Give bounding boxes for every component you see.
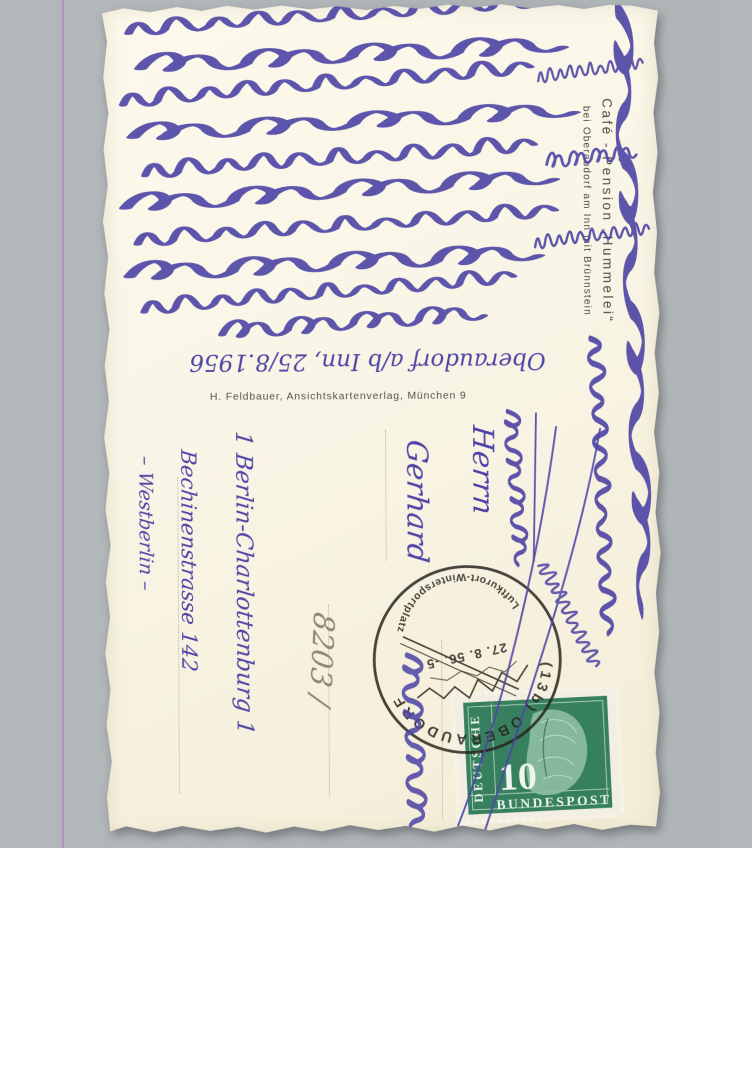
address-street-line: Bechinenstrasse 142 [170,448,202,797]
svg-text:(13b) OBERAUDORF: (13b) OBERAUDORF [388,658,568,763]
postcard: Café - Pension „Hummelei“ bei Oberaudorf… [102,3,662,838]
postmark-town-arc: (13b) OBERAUDORF [388,658,568,763]
address-city-line: 1 Berlin-Charlottenburg 1 [222,429,258,814]
pencil-note: 8203 / [293,609,341,798]
postcard-paper: Café - Pension „Hummelei“ bei Oberaudorf… [102,3,662,838]
scan-divider-line [62,0,64,848]
postmark-mountains [399,612,534,718]
handwritten-dateline: Oberaudorf a/b Inn, 25/8.1956 [138,333,546,375]
caption-subtitle: bei Oberaudorf am Inn mit Brünnstein [577,73,594,349]
postmark-slogan-arc: Luftkurort-Wintersportplatz [384,559,522,637]
printed-caption: Café - Pension „Hummelei“ bei Oberaudorf… [565,73,620,349]
address-salutation: Herrn [460,423,501,567]
address-region-line: – Westberlin – [128,454,157,669]
svg-text:Luftkurort-Wintersportplatz: Luftkurort-Wintersportplatz [384,559,522,637]
caption-title: Café - Pension „Hummelei“ [593,73,620,349]
postmark: (13b) OBERAUDORF Luftkurort-Wintersportp… [357,549,578,770]
postmark-date: 27. 8. 56. -5 [425,640,509,672]
address-rule [385,430,387,562]
publisher-imprint: H. Feldbauer, Ansichtskartenverlag, Münc… [210,390,467,403]
